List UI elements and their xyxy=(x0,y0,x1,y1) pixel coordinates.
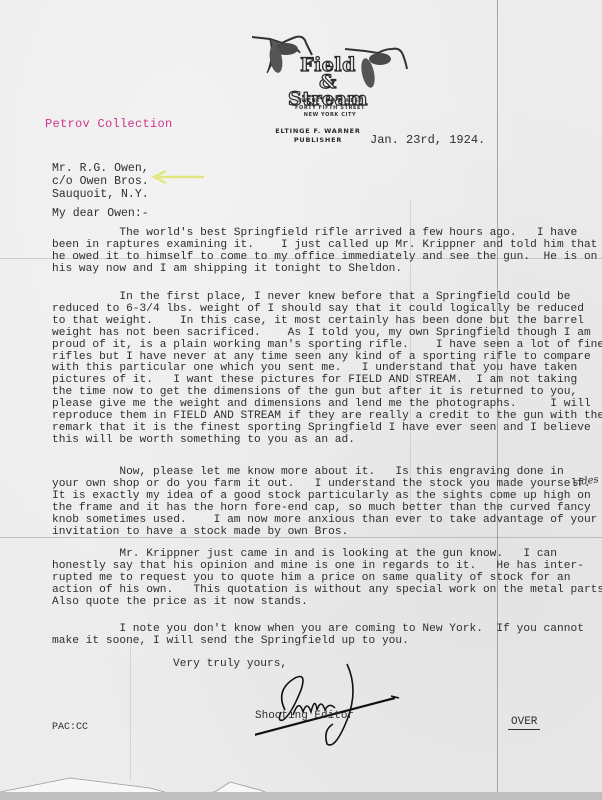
signer-title: Shooting Editor xyxy=(255,710,354,722)
address-line-1: TWENTY FIVE WEST xyxy=(280,98,380,105)
salutation: My dear Owen:- xyxy=(52,207,149,220)
scan-edge xyxy=(0,792,602,800)
paragraph-3: Now, please let me know more about it. I… xyxy=(52,467,602,538)
typist-initials: PAC:CC xyxy=(52,722,88,733)
paragraph-5: I note you don't know when you are comin… xyxy=(52,624,602,648)
paragraph-4: Mr. Krippner just came in and is looking… xyxy=(52,549,602,609)
address-line-2: FORTY FIFTH STREET xyxy=(280,105,380,112)
letter-date: Jan. 23rd, 1924. xyxy=(370,133,485,147)
recipient-line-3: Sauquoit, N.Y. xyxy=(52,188,149,201)
recipient-line-2: c/o Owen Bros. xyxy=(52,175,149,188)
collection-label: Petrov Collection xyxy=(45,117,173,131)
recipient-line-1: Mr. R.G. Owen, xyxy=(52,162,149,175)
letter-page: Field & Stream TWENTY FIVE WEST FORTY FI… xyxy=(0,0,602,800)
publisher-title: PUBLISHER xyxy=(258,136,378,145)
paragraph-1: The world's best Springfield rifle arriv… xyxy=(52,228,602,276)
paragraph-2: In the first place, I never knew before … xyxy=(52,292,602,447)
brand-line-1: Field & xyxy=(288,57,368,91)
arrow-left-icon xyxy=(150,170,206,184)
publisher-block: ELTINGE F. WARNER PUBLISHER xyxy=(258,127,378,145)
letterhead-address: TWENTY FIVE WEST FORTY FIFTH STREET NEW … xyxy=(280,98,380,119)
recipient-address: Mr. R.G. Owen, c/o Owen Bros. Sauquoit, … xyxy=(52,162,149,201)
letterhead: Field & Stream TWENTY FIVE WEST FORTY FI… xyxy=(240,25,430,150)
over-label: OVER xyxy=(508,716,540,730)
address-line-3: NEW YORK CITY xyxy=(280,112,380,119)
publisher-name: ELTINGE F. WARNER xyxy=(258,127,378,136)
paper-crease xyxy=(130,640,131,780)
